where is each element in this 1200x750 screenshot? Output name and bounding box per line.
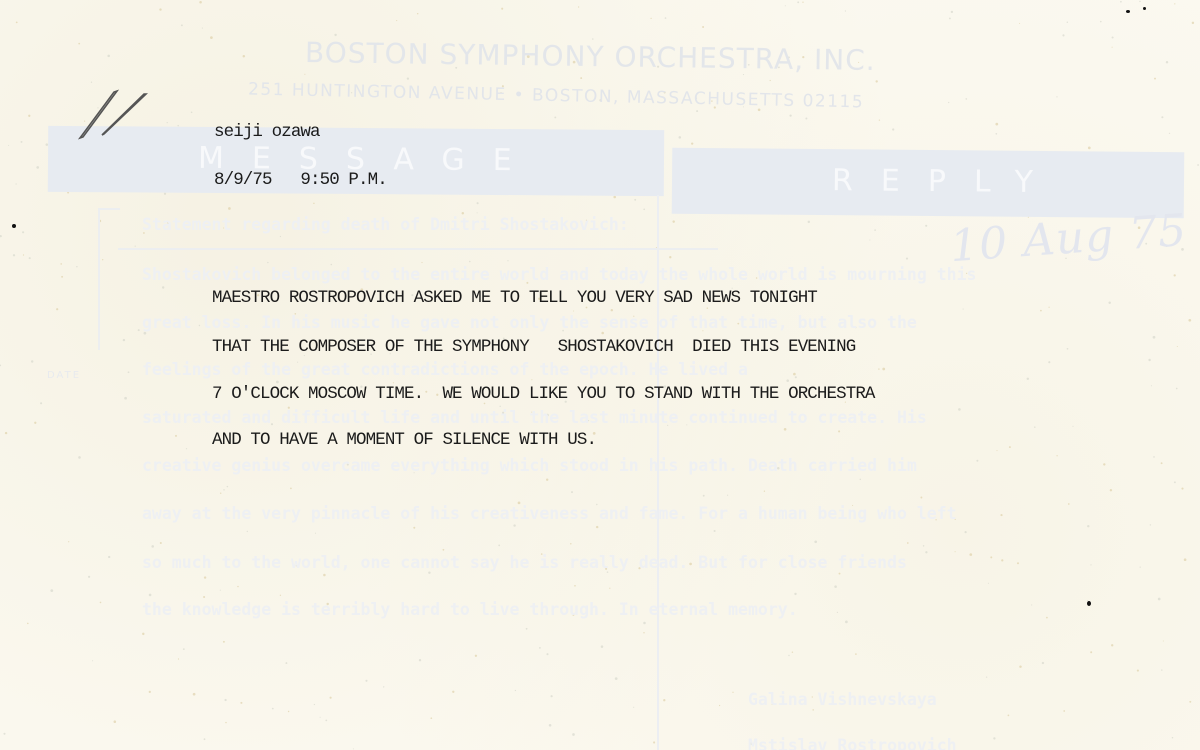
recipient: seiji ozawa: [214, 122, 320, 142]
message-line: AND TO HAVE A MOMENT OF SILENCE WITH US.: [212, 430, 596, 450]
ghost-line: feelings of the great contradictions of …: [142, 360, 748, 379]
ghost-line: away at the very pinnacle of his creativ…: [142, 504, 957, 523]
ghost-line: great loss. In his music he gave not onl…: [142, 313, 917, 332]
slash-mark-icon: [78, 88, 148, 140]
message-line: THAT THE COMPOSER OF THE SYMPHONY SHOSTA…: [212, 337, 855, 357]
ghost-signature: Mstislav Rostropovich: [748, 736, 957, 750]
ghost-line: creative genius overcame everything whic…: [142, 456, 917, 475]
ink-dot: [1087, 601, 1091, 606]
ink-dot: [1143, 7, 1146, 10]
ghost-line: so much to the world, one cannot say he …: [142, 553, 907, 572]
reply-band: REPLY: [672, 148, 1185, 218]
ghost-line: Statement regarding death of Dmitri Shos…: [142, 215, 629, 234]
message-line: 7 O'CLOCK MOSCOW TIME. WE WOULD LIKE YOU…: [212, 384, 875, 404]
subject-underline: [118, 248, 718, 250]
ghost-line: saturated and difficult life and until t…: [142, 408, 927, 427]
message-line: MAESTRO ROSTROPOVICH ASKED ME TO TELL YO…: [212, 288, 817, 308]
ghost-signature: Galina Vishnevskaya: [748, 690, 937, 709]
ghost-line: Shostakovich belonged to the entire worl…: [142, 265, 976, 284]
ghost-line: the knowledge is terribly hard to live t…: [142, 600, 798, 619]
reply-band-label: REPLY: [832, 163, 1061, 200]
ink-dot: [1126, 10, 1130, 13]
ink-dot: [12, 224, 16, 228]
date-time: 8/9/75 9:50 P.M.: [214, 170, 387, 190]
date-label: DATE: [47, 370, 81, 381]
subject-bracket: [98, 208, 120, 350]
